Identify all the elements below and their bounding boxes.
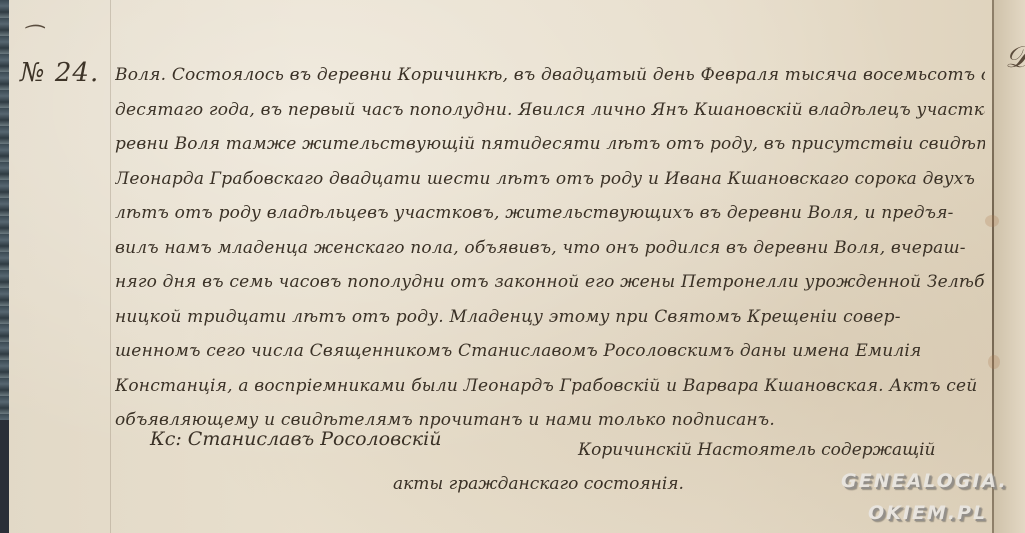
- record-line: Воля. Состоялось въ деревни Коричинкѣ, в…: [115, 58, 985, 93]
- record-line: Леонарда Грабовскаго двадцати шести лѣтъ…: [115, 162, 985, 197]
- record-line: няго дня въ семь часовъ пополудни отъ за…: [115, 265, 985, 300]
- record-line: ревни Воля тамже жительствующій пятидеся…: [115, 127, 985, 162]
- foxing-stain: [985, 215, 999, 227]
- record-line: лѣтъ отъ роду владѣльцевъ участковъ, жит…: [115, 196, 985, 231]
- record-line: десятаго года, въ первый часъ пополудни.…: [115, 93, 985, 128]
- official-signature-line-1: Коричинскій Настоятель содержащій: [578, 440, 936, 460]
- official-signature-line-2: акты гражданскаго состоянія.: [393, 474, 684, 494]
- record-line: ницкой тридцати лѣтъ отъ роду. Младенцу …: [115, 300, 985, 335]
- margin-bracket-mark: ⁀: [22, 26, 40, 51]
- record-line: вилъ намъ младенца женскаго пола, объяви…: [115, 231, 985, 266]
- foxing-stain: [988, 355, 1000, 369]
- entry-number: № 24.: [20, 58, 99, 88]
- record-line: шенномъ сего числа Священникомъ Станисла…: [115, 334, 985, 369]
- watermark-line-1: GENEALOGIA.: [841, 470, 1008, 492]
- ruled-margin-line: [110, 0, 111, 533]
- facing-page-edge: [994, 0, 1025, 533]
- facing-page-script-mark: 𝒟: [1005, 40, 1025, 75]
- priest-signature: Кс: Станиславъ Росоловскій: [150, 428, 441, 450]
- watermark-line-2: OKIEM.PL: [868, 502, 987, 524]
- document-scan: 𝒟 ⁀ № 24. Воля. Состоялось въ деревни Ко…: [0, 0, 1025, 533]
- record-line: Констанція, а воспріемниками были Леонар…: [115, 369, 985, 404]
- record-body: Воля. Состоялось въ деревни Коричинкѣ, в…: [115, 58, 985, 438]
- book-binding-cover: [0, 420, 9, 533]
